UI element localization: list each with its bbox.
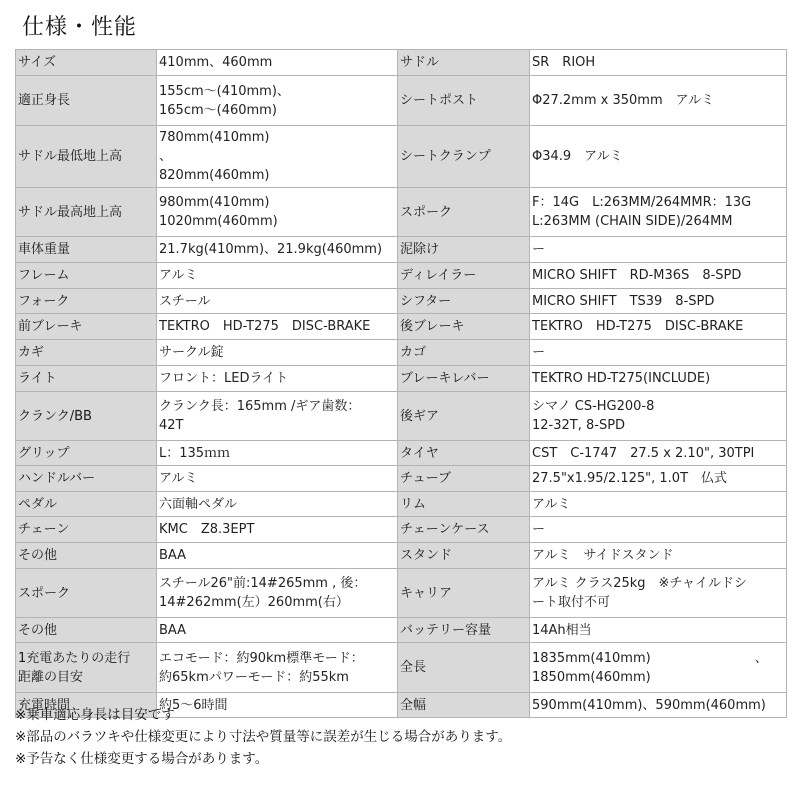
spec-value: ー [530,517,787,543]
spec-value: アルミ [157,263,398,289]
spec-label: ブレーキレバー [398,366,530,392]
spec-value: クランク長：165mm /ギア歯数： 42T [157,392,398,441]
spec-label: その他 [16,618,157,643]
spec-label: グリップ [16,441,157,466]
spec-value: 14Ah相当 [530,618,787,643]
table-row: 適正身長155cm〜(410mm)、 165cm〜(460mm)シートポストΦ2… [16,76,787,126]
spec-value: 1835mm(410mm) 、 1850mm(460mm) [530,643,787,693]
spec-label: シートポスト [398,76,530,126]
spec-value: Φ34.9 アルミ [530,126,787,188]
spec-label: カゴ [398,340,530,366]
table-row: その他BAAバッテリー容量14Ah相当 [16,618,787,643]
spec-label: ディレイラー [398,263,530,289]
spec-label: リム [398,492,530,517]
spec-value: アルミ [530,492,787,517]
spec-value: SR RIOH [530,50,787,76]
table-row: その他BAAスタンドアルミ サイドスタンド [16,543,787,569]
table-row: サドル最高地上高980mm(410mm) 1020mm(460mm)スポークF：… [16,188,787,237]
spec-value: サークル錠 [157,340,398,366]
table-row: カギサークル錠カゴー [16,340,787,366]
spec-label: 後ブレーキ [398,314,530,340]
table-row: ペダル六面軸ペダルリムアルミ [16,492,787,517]
table-row: 1充電あたりの走行 距離の目安エコモード：約90km標準モード： 約65kmパワ… [16,643,787,693]
spec-label: 1充電あたりの走行 距離の目安 [16,643,157,693]
table-row: 車体重量21.7kg(410mm)、21.9kg(460mm)泥除けー [16,237,787,263]
spec-label: シフター [398,289,530,314]
spec-value: F：14G L:263MM/264MMR：13G L:263MM (CHAIN … [530,188,787,237]
spec-value: MICRO SHIFT TS39 8-SPD [530,289,787,314]
table-row: フレームアルミディレイラーMICRO SHIFT RD-M36S 8-SPD [16,263,787,289]
spec-table: サイズ410mm、460mmサドルSR RIOH適正身長155cm〜(410mm… [15,49,787,718]
spec-value: KMC Z8.3EPT [157,517,398,543]
spec-table-body: サイズ410mm、460mmサドルSR RIOH適正身長155cm〜(410mm… [16,50,787,718]
spec-label: シートクランプ [398,126,530,188]
spec-value: MICRO SHIFT RD-M36S 8-SPD [530,263,787,289]
table-row: サイズ410mm、460mmサドルSR RIOH [16,50,787,76]
page-title: 仕様・性能 [22,10,137,41]
spec-label: チェーン [16,517,157,543]
spec-value: 780mm(410mm) 、 820mm(460mm) [157,126,398,188]
spec-label: スタンド [398,543,530,569]
spec-value: 27.5"x1.95/2.125", 1.0T 仏式 [530,466,787,492]
spec-value: ー [530,237,787,263]
spec-value: アルミ サイドスタンド [530,543,787,569]
spec-label: 後ギア [398,392,530,441]
spec-label: 車体重量 [16,237,157,263]
spec-value: 155cm〜(410mm)、 165cm〜(460mm) [157,76,398,126]
note-variance: ※部品のバラツキや仕様変更により寸法や質量等に誤差が生じる場合があります。 [15,726,511,748]
spec-value: BAA [157,618,398,643]
spec-label: クランク/BB [16,392,157,441]
spec-label: 泥除け [398,237,530,263]
spec-label: スポーク [16,569,157,618]
spec-value: スチール [157,289,398,314]
spec-value: Φ27.2mm x 350mm アルミ [530,76,787,126]
spec-value: TEKTRO HD-T275 DISC-BRAKE [530,314,787,340]
table-row: チェーンKMC Z8.3EPTチェーンケースー [16,517,787,543]
spec-label: フレーム [16,263,157,289]
spec-label: サドル最高地上高 [16,188,157,237]
note-height: ※乗車適応身長は目安です [15,704,511,726]
table-row: スポークスチール26"前:14#265mm , 後： 14#262mm(左）26… [16,569,787,618]
table-row: クランク/BBクランク長：165mm /ギア歯数： 42T後ギアシマノ CS-H… [16,392,787,441]
spec-value: ー [530,340,787,366]
spec-value: フロント：LEDライト [157,366,398,392]
spec-label: その他 [16,543,157,569]
spec-value: 21.7kg(410mm)、21.9kg(460mm) [157,237,398,263]
table-row: サドル最低地上高780mm(410mm) 、 820mm(460mm)シートクラ… [16,126,787,188]
note-change: ※予告なく仕様変更する場合があります。 [15,748,511,770]
spec-value: 980mm(410mm) 1020mm(460mm) [157,188,398,237]
spec-label: 全長 [398,643,530,693]
spec-label: チェーンケース [398,517,530,543]
spec-value: 590mm(410mm)、590mm(460mm) [530,693,787,718]
spec-label: フォーク [16,289,157,314]
table-row: ハンドルバーアルミチューブ27.5"x1.95/2.125", 1.0T 仏式 [16,466,787,492]
spec-value: シマノ CS-HG200-8 12-32T, 8-SPD [530,392,787,441]
spec-label: サドル最低地上高 [16,126,157,188]
spec-value: エコモード：約90km標準モード： 約65kmパワーモード：約55km [157,643,398,693]
spec-label: 適正身長 [16,76,157,126]
spec-label: バッテリー容量 [398,618,530,643]
spec-label: ハンドルバー [16,466,157,492]
spec-value: スチール26"前:14#265mm , 後： 14#262mm(左）260mm(… [157,569,398,618]
spec-value: BAA [157,543,398,569]
spec-label: キャリア [398,569,530,618]
notes: ※乗車適応身長は目安です ※部品のバラツキや仕様変更により寸法や質量等に誤差が生… [15,704,511,770]
spec-value: CST C-1747 27.5 x 2.10", 30TPI [530,441,787,466]
spec-label: カギ [16,340,157,366]
spec-value: TEKTRO HD-T275 DISC-BRAKE [157,314,398,340]
table-row: フォークスチールシフターMICRO SHIFT TS39 8-SPD [16,289,787,314]
spec-value: アルミ [157,466,398,492]
spec-label: ペダル [16,492,157,517]
spec-label: 前ブレーキ [16,314,157,340]
table-row: ライトフロント：LEDライトブレーキレバーTEKTRO HD-T275(INCL… [16,366,787,392]
spec-label: ライト [16,366,157,392]
spec-value: アルミ クラス25kg ※チャイルドシ ート取付不可 [530,569,787,618]
spec-label: スポーク [398,188,530,237]
table-row: グリップL：135ｍｍタイヤCST C-1747 27.5 x 2.10", 3… [16,441,787,466]
spec-label: タイヤ [398,441,530,466]
spec-value: 六面軸ペダル [157,492,398,517]
spec-label: サイズ [16,50,157,76]
table-row: 前ブレーキTEKTRO HD-T275 DISC-BRAKE後ブレーキTEKTR… [16,314,787,340]
spec-label: チューブ [398,466,530,492]
spec-value: 410mm、460mm [157,50,398,76]
spec-value: TEKTRO HD-T275(INCLUDE) [530,366,787,392]
spec-value: L：135ｍｍ [157,441,398,466]
spec-label: サドル [398,50,530,76]
